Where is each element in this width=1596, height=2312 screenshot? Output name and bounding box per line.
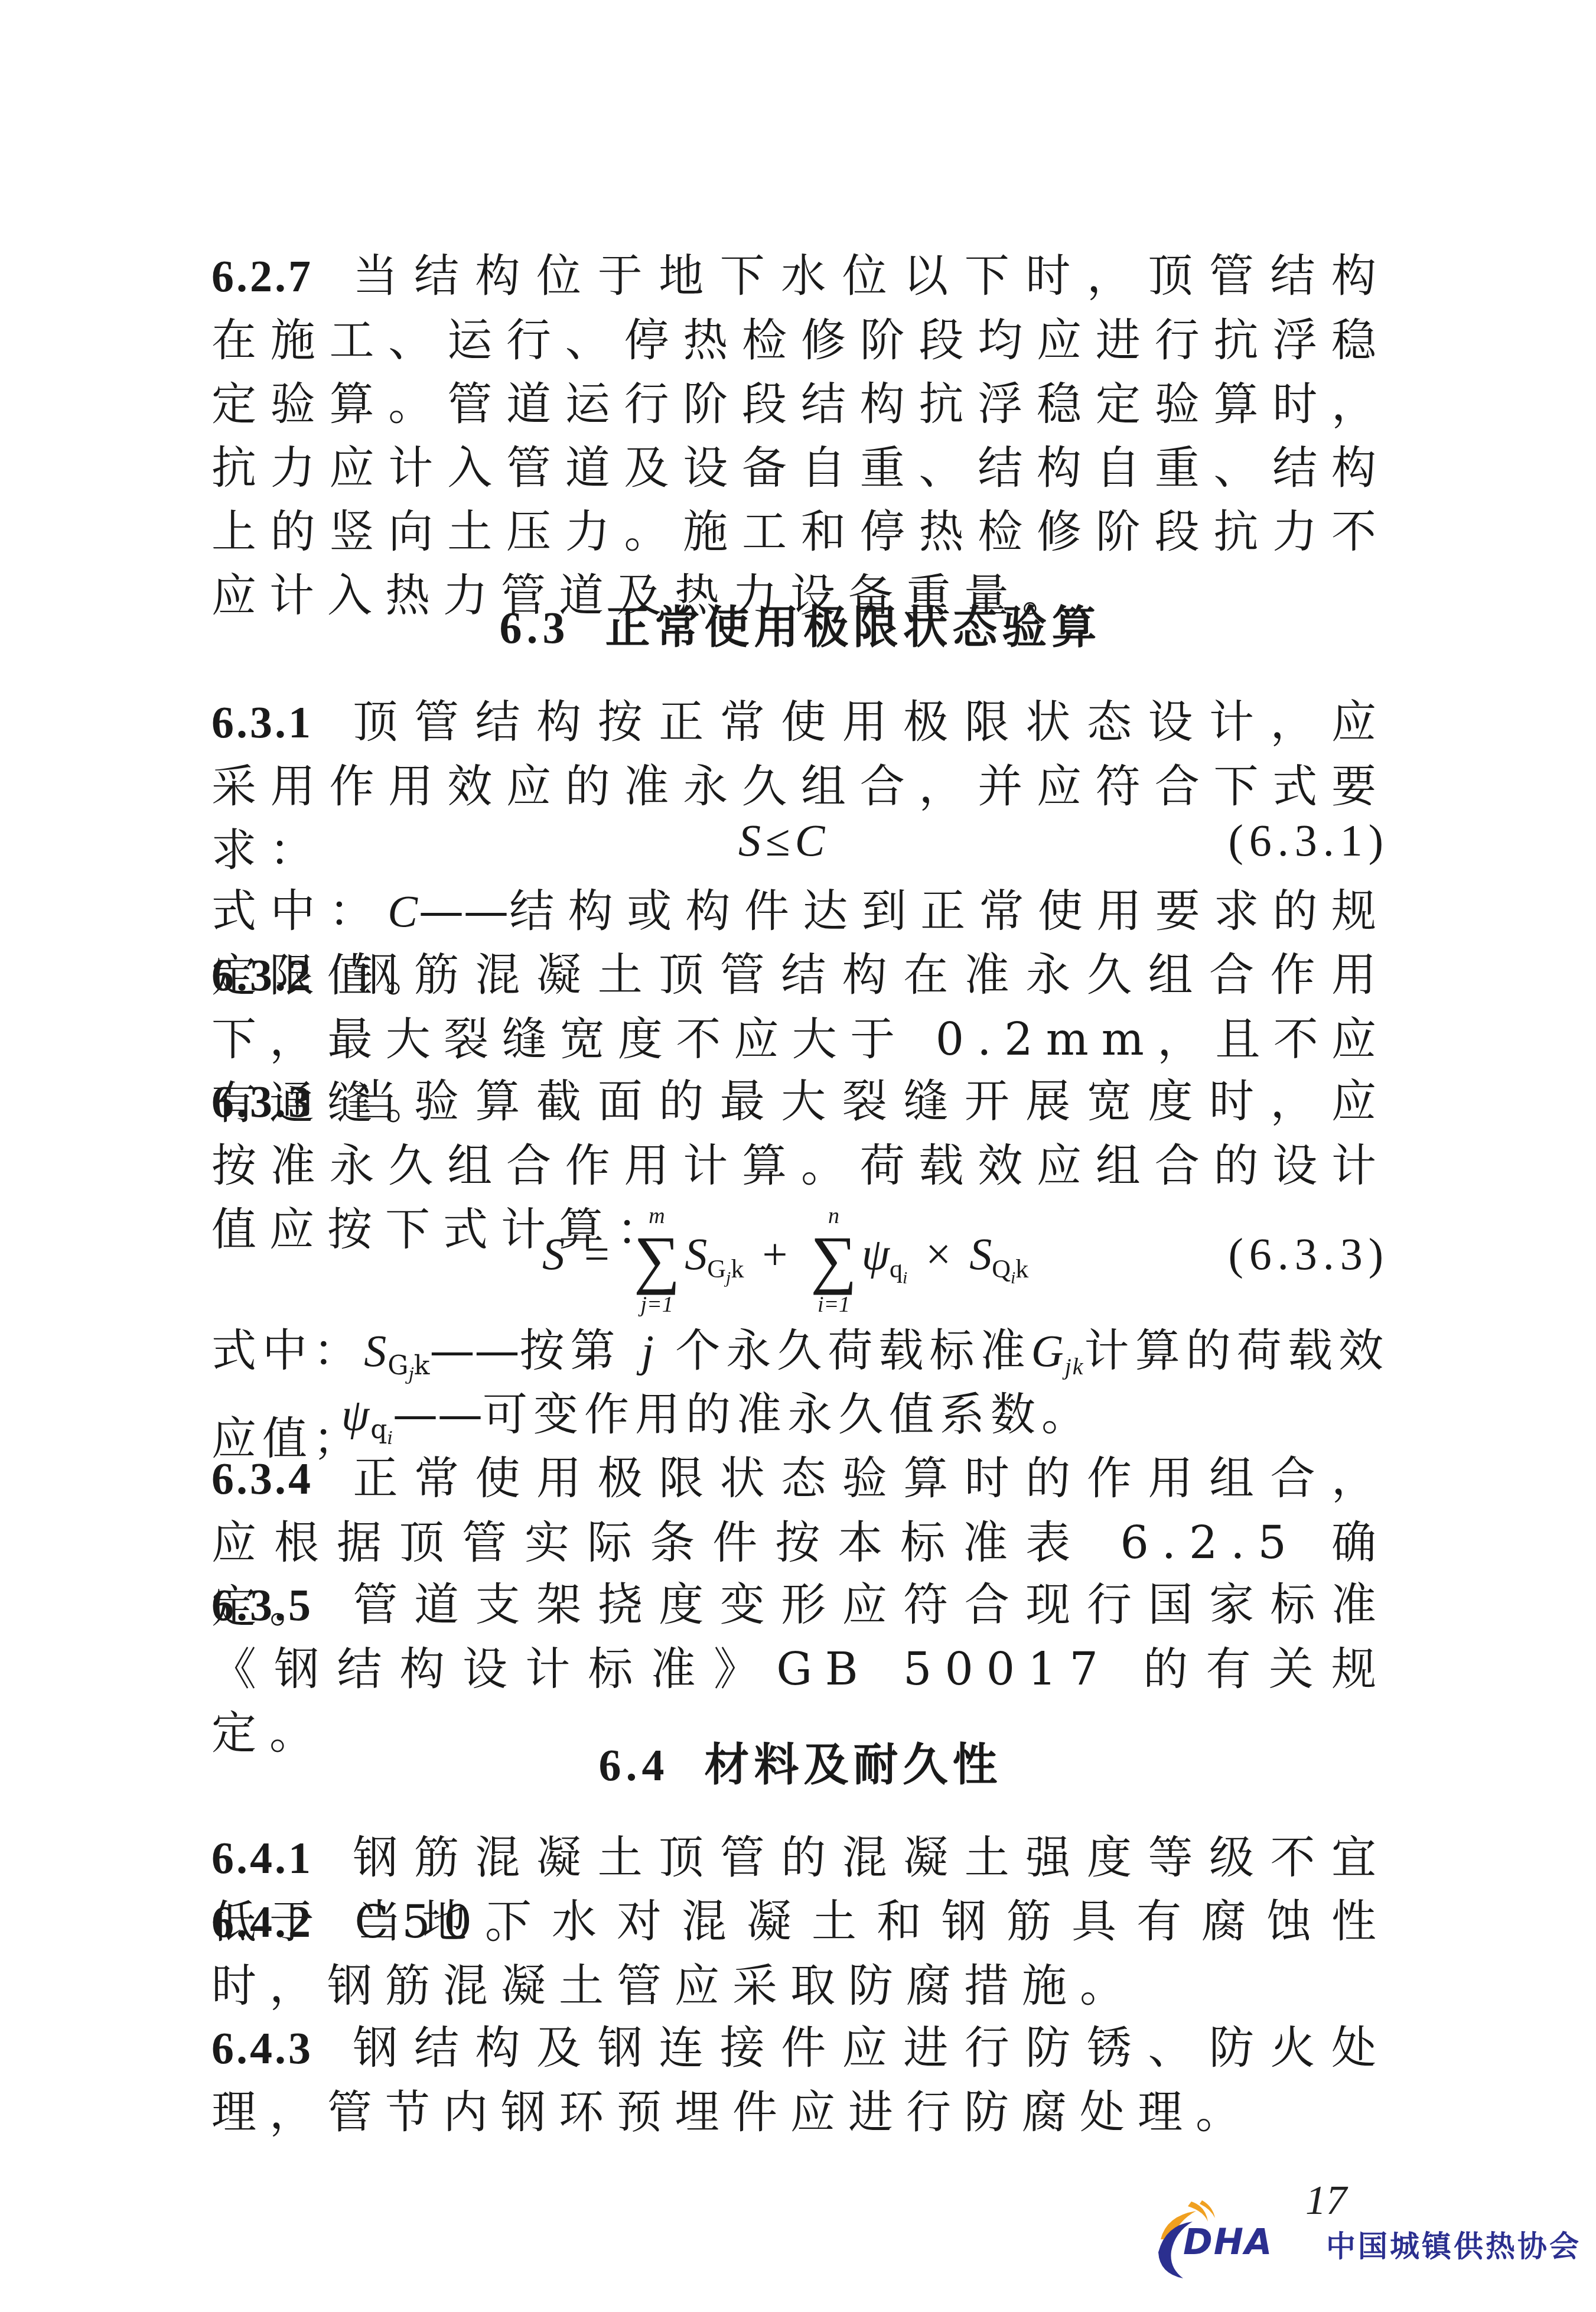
section-title: 材料及耐久性 — [705, 1738, 1002, 1791]
formula-6-3-1: S≤C (6.3.1) — [211, 815, 1389, 879]
clause-number: 6.3.1 — [211, 698, 313, 747]
clause-text: 当地下水对混凝土和钢筋具有腐蚀性时，钢筋混凝土管应采取防腐措施。 — [211, 1895, 1389, 2012]
clause-6-4-3: 6.4.3钢结构及钢连接件应进行防锈、防火处理，管节内钢环预埋件应进行防腐处理。 — [211, 2016, 1389, 2144]
section-heading-6-3: 6.3正常使用极限状态验算 — [211, 596, 1389, 660]
clause-number: 6.3.5 — [211, 1581, 313, 1630]
summation-symbol: ∑ni=1 — [810, 1230, 856, 1289]
clause-number: 6.4.2 — [211, 1897, 313, 1947]
section-number: 6.3 — [500, 603, 570, 653]
clause-text: 钢结构及钢连接件应进行防锈、防火处理，管节内钢环预埋件应进行防腐处理。 — [211, 2021, 1389, 2138]
clause-text: 管道支架挠度变形应符合现行国家标准《钢结构设计标准》GB 50017 的有关规定… — [211, 1578, 1389, 1759]
logo-abbr: DHA — [1183, 2222, 1273, 2263]
cdha-logo: DHA 中国城镇供热协会 — [1149, 2198, 1586, 2281]
section-number: 6.4 — [599, 1741, 669, 1790]
equation-number: (6.3.3) — [1228, 1229, 1389, 1280]
clause-text: 当结构位于地下水位以下时，顶管结构在施工、运行、停热检修阶段均应进行抗浮稳定验算… — [211, 249, 1389, 622]
formula-expression: S = ∑mj=1SGjk + ∑ni=1ψqi × SQik — [542, 1229, 1028, 1289]
equation-number: (6.3.1) — [1228, 815, 1389, 867]
formula-6-3-3: S = ∑mj=1SGjk + ∑ni=1ψqi × SQik (6.3.3) — [211, 1229, 1389, 1293]
clause-number: 6.4.1 — [211, 1833, 313, 1883]
clause-number: 6.4.3 — [211, 2024, 313, 2073]
clause-number: 6.3.2 — [211, 951, 313, 1000]
logo-org-name: 中国城镇供热协会 — [1326, 2223, 1581, 2265]
formula-expression: S≤C — [738, 815, 825, 867]
clause-number: 6.3.4 — [211, 1454, 313, 1504]
clause-number: 6.2.7 — [211, 252, 313, 301]
summation-symbol: ∑mj=1 — [634, 1230, 680, 1289]
clause-number: 6.3.3 — [211, 1077, 313, 1127]
section-title: 正常使用极限状态验算 — [605, 601, 1102, 653]
section-heading-6-4: 6.4材料及耐久性 — [211, 1733, 1389, 1797]
clause-6-4-2: 6.4.2当地下水对混凝土和钢筋具有腐蚀性时，钢筋混凝土管应采取防腐措施。 — [211, 1890, 1389, 2018]
clause-6-2-7: 6.2.7当结构位于地下水位以下时，顶管结构在施工、运行、停热检修阶段均应进行抗… — [211, 244, 1389, 627]
